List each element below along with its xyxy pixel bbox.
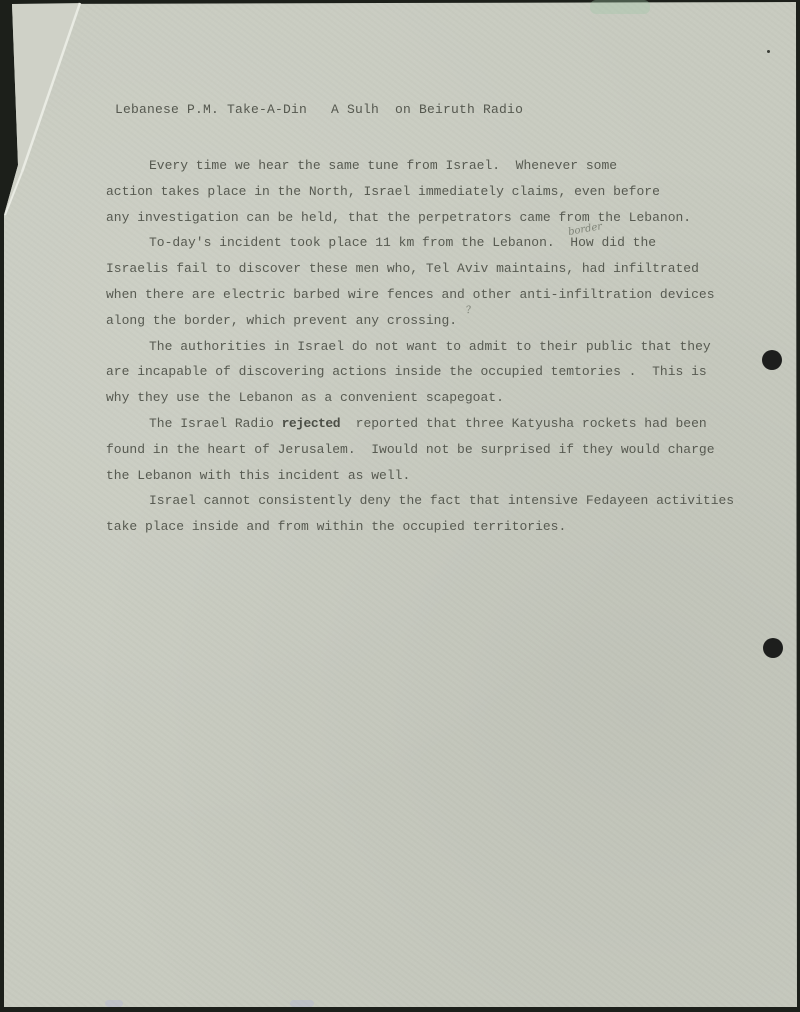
- text-line: Every time we hear the same tune from Is…: [106, 153, 746, 179]
- paragraph-4: The Israel Radio rejected reported that …: [106, 411, 746, 488]
- text-line: The authorities in Israel do not want to…: [106, 334, 746, 360]
- text-line: found in the heart of Jerusalem. Iwould …: [106, 437, 746, 463]
- struck-out-word: rejected: [282, 416, 340, 431]
- scanned-page: Lebanese P.M. Take-A-Din A Sulh on Beiru…: [0, 0, 800, 1012]
- punch-hole: [763, 638, 783, 658]
- text-line: any investigation can be held, that the …: [106, 205, 746, 231]
- paragraph-5: Israel cannot consistently deny the fact…: [106, 488, 746, 540]
- text-fragment: reported that three Katyusha rockets had…: [340, 416, 707, 431]
- text-line: action takes place in the North, Israel …: [106, 179, 746, 205]
- document-title: Lebanese P.M. Take-A-Din A Sulh on Beiru…: [115, 102, 523, 117]
- text-fragment: The Israel Radio: [149, 416, 282, 431]
- paper-stain: [290, 1000, 314, 1007]
- text-line: Israel cannot consistently deny the fact…: [106, 488, 746, 514]
- paper-speck: [767, 50, 770, 53]
- text-line: along the border, which prevent any cros…: [106, 308, 746, 334]
- paper-stain: [590, 0, 650, 14]
- text-line: To-day's incident took place 11 km from …: [106, 230, 746, 256]
- text-line: the Lebanon with this incident as well.: [106, 463, 746, 489]
- document-body: Every time we hear the same tune from Is…: [106, 153, 746, 540]
- text-line: when there are electric barbed wire fenc…: [106, 282, 746, 308]
- paper-stain: [105, 1000, 123, 1007]
- paragraph-3: The authorities in Israel do not want to…: [106, 334, 746, 411]
- text-line: why they use the Lebanon as a convenient…: [106, 385, 746, 411]
- punch-hole: [762, 350, 782, 370]
- text-line: are incapable of discovering actions ins…: [106, 359, 746, 385]
- text-line: The Israel Radio rejected reported that …: [106, 411, 746, 437]
- paragraph-1: Every time we hear the same tune from Is…: [106, 153, 746, 230]
- paragraph-2: To-day's incident took place 11 km from …: [106, 230, 746, 333]
- text-line: Israelis fail to discover these men who,…: [106, 256, 746, 282]
- text-line: take place inside and from within the oc…: [106, 514, 746, 540]
